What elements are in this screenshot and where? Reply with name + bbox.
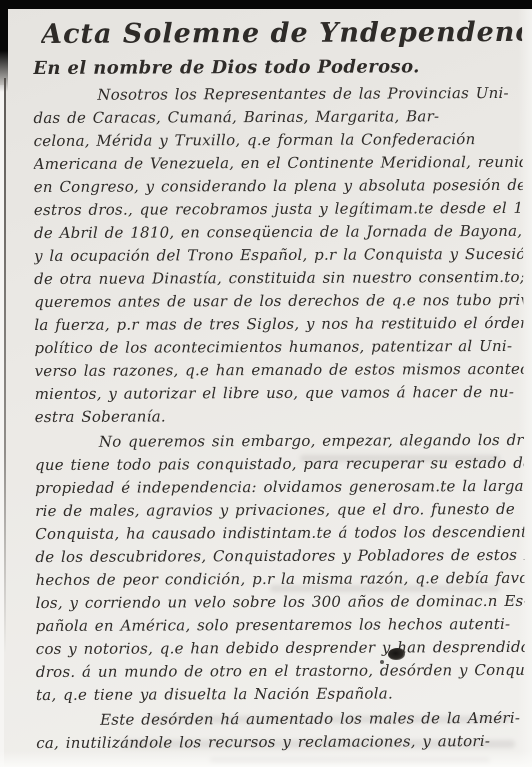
manuscript-line: político de los acontecimientos humanos,…	[34, 335, 523, 360]
page-fold-line	[4, 78, 6, 653]
manuscript-line: hechos de peor condición, p.r la misma r…	[35, 567, 524, 592]
manuscript-line: la fuerza, p.r mas de tres Siglos, y nos…	[34, 312, 523, 337]
invocation-line: En el nombre de Dios todo Poderoso.	[33, 52, 522, 84]
manuscript-line: de otra nueva Dinastía, constituida sin …	[34, 266, 523, 291]
scan-edge-top	[0, 0, 532, 9]
document-title: Acta Solemne de Yndependencia.	[41, 14, 522, 54]
ink-blot	[388, 648, 405, 660]
manuscript-line: los, y corriendo un velo sobre los 300 a…	[36, 590, 525, 615]
manuscript-line: celona, Mérida y Truxillo, q.e forman la…	[34, 128, 523, 153]
manuscript-line: Nosotros los Representantes de las Provi…	[33, 82, 522, 107]
manuscript-content: Acta Solemne de Yndependencia. En el nom…	[33, 10, 525, 755]
manuscript-line: rie de males, agravios y privaciones, qu…	[35, 498, 524, 523]
manuscript-line: cos y notorios, q.e han debido desprende…	[36, 636, 525, 661]
manuscript-line: estra Soberanía.	[35, 404, 524, 429]
manuscript-line: das de Caracas, Cumaná, Barinas, Margari…	[33, 105, 522, 130]
manuscript-page: Acta Solemne de Yndependencia. En el nom…	[0, 0, 532, 767]
manuscript-line: Este desórden há aumentado los males de …	[36, 707, 525, 732]
manuscript-line: mientos, y autorizar el libre uso, que v…	[35, 381, 524, 406]
manuscript-line: queremos antes de usar de los derechos d…	[34, 289, 523, 314]
manuscript-line: de Abril de 1810, en conseqüencia de la …	[34, 220, 523, 245]
manuscript-line: No queremos sin embargo, empezar, alegan…	[35, 429, 524, 454]
manuscript-line: verso las razones, q.e han emanado de es…	[35, 358, 524, 383]
manuscript-line: estros dros., que recobramos justa y leg…	[34, 197, 523, 222]
manuscript-line: y la ocupación del Trono Español, p.r la…	[34, 243, 523, 268]
manuscript-line: Americana de Venezuela, en el Continente…	[34, 151, 523, 176]
manuscript-line: pañola en América, solo presentaremos lo…	[36, 613, 525, 638]
manuscript-line: dros. á un mundo de otro en el trastorno…	[36, 659, 525, 684]
manuscript-line: que tiene todo pais conquistado, para re…	[35, 452, 524, 477]
manuscript-line: Conquista, ha causado indistintam.te á t…	[35, 521, 524, 546]
manuscript-line: ta, q.e tiene ya disuelta la Nación Espa…	[36, 682, 525, 707]
paragraph-preamble: Nosotros los Representantes de las Provi…	[33, 82, 524, 429]
paragraph-conquest: No queremos sin embargo, empezar, alegan…	[35, 429, 525, 707]
scan-fade-bottom	[0, 751, 532, 767]
ink-speck	[380, 660, 384, 664]
manuscript-line: propiedad é independencia: olvidamos gen…	[35, 475, 524, 500]
manuscript-line: en Congreso, y considerando la plena y a…	[34, 174, 523, 199]
paragraph-disorder: Este desórden há aumentado los males de …	[36, 707, 525, 755]
manuscript-line: de los descubridores, Conquistadores y P…	[35, 544, 524, 569]
